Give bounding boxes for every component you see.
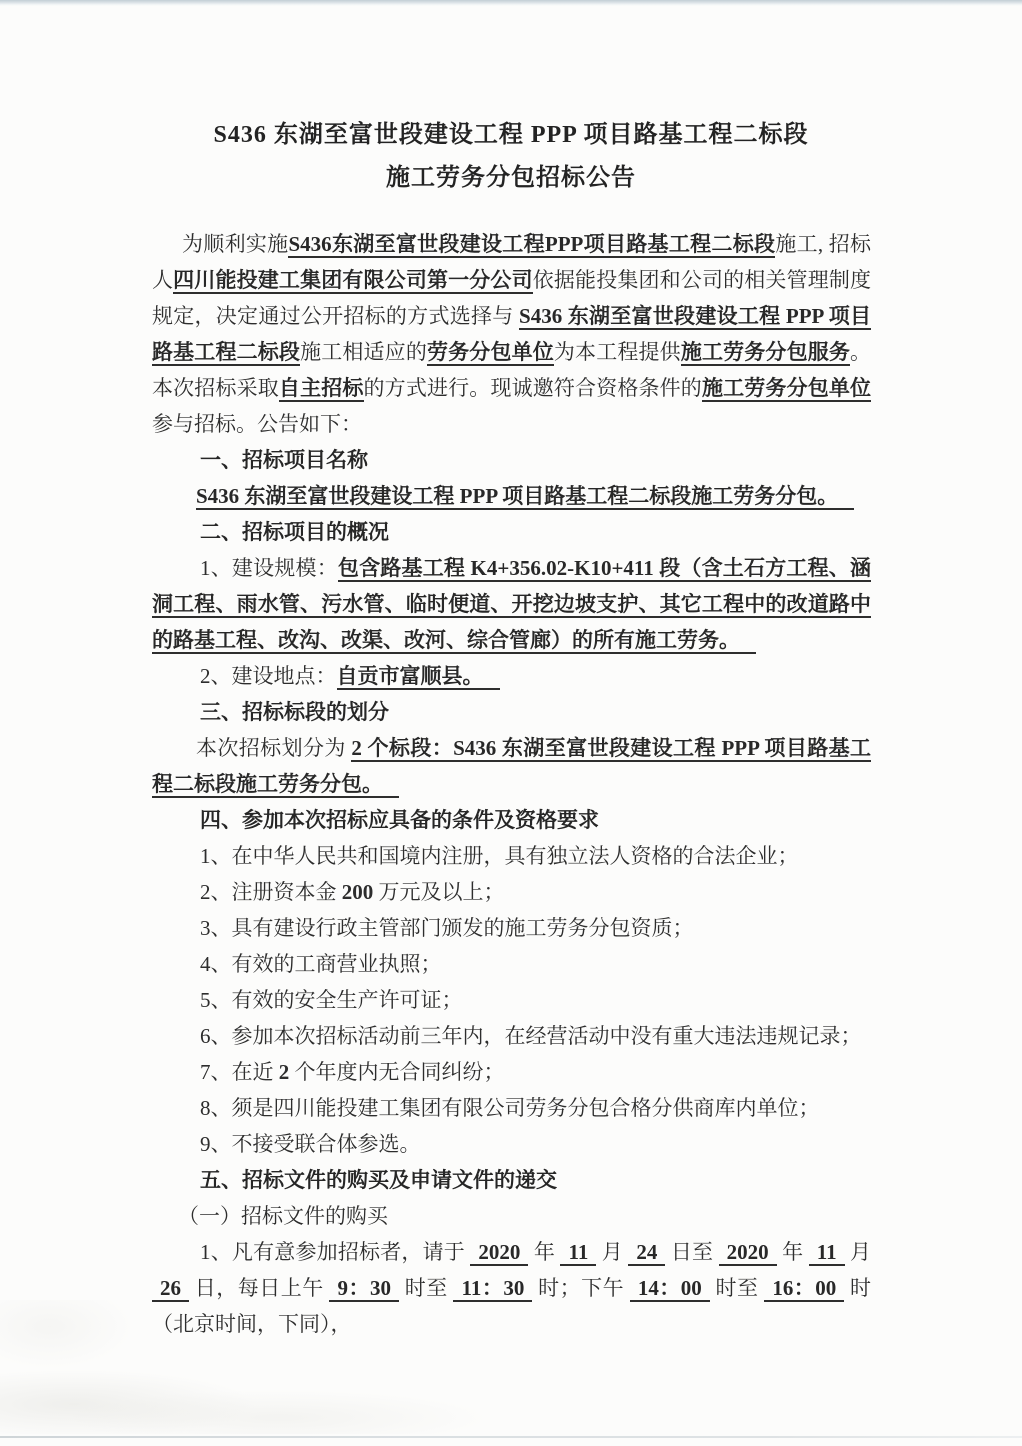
text-run: 参与招标。公告如下：	[152, 412, 362, 436]
afternoon-close-time-blank: 16：00	[764, 1276, 844, 1302]
project-name-emphasis: S436东湖至富世段建设工程PPP项目路基工程二标段	[288, 232, 775, 258]
title-line-2: 施工劳务分包招标公告	[0, 157, 1022, 200]
item-label: 2、建设地点：	[200, 664, 337, 688]
document-title: S436 东湖至富世段建设工程 PPP 项目路基工程二标段 施工劳务分包招标公告	[0, 114, 1022, 200]
tenderer-name-emphasis: 四川能投建工集团有限公司第一分公司	[173, 268, 533, 294]
construction-location-item: 2、建设地点：自贡市富顺县。	[152, 658, 871, 694]
section-2-heading: 二、招标项目的概况	[152, 514, 871, 550]
text-run: 时至	[710, 1276, 765, 1300]
section-4-heading: 四、参加本次招标应具备的条件及资格要求	[152, 802, 871, 838]
project-full-name: S436 东湖至富世段建设工程 PPP 项目路基工程二标段施工劳务分包。	[196, 484, 854, 510]
years-count: 2	[279, 1060, 290, 1084]
section-1-body: S436 东湖至富世段建设工程 PPP 项目路基工程二标段施工劳务分包。	[152, 478, 871, 514]
text-run: 时；下午	[532, 1276, 629, 1300]
scan-edge-top	[0, 0, 1022, 6]
text-run: 为本工程提供	[554, 340, 681, 364]
text-run: 万元及以上；	[373, 880, 504, 904]
start-month-blank: 11	[560, 1240, 596, 1266]
end-year-blank: 2020	[719, 1240, 777, 1266]
requirement-item-1: 1、在中华人民共和国境内注册，具有独立法人资格的合法企业；	[152, 838, 871, 874]
requirement-item-6: 6、参加本次招标活动前三年内，在经营活动中没有重大违法违规记录；	[152, 1018, 871, 1054]
labor-subcontractor-emphasis: 劳务分包单位	[427, 340, 554, 366]
text-run: 施工相适应的	[300, 340, 427, 364]
subsection-purchase-heading: （一）招标文件的购买	[152, 1198, 871, 1234]
capital-amount: 200	[342, 880, 374, 904]
labor-subcontractor-emphasis: 施工劳务分包单位	[702, 376, 871, 402]
title-line-1: S436 东湖至富世段建设工程 PPP 项目路基工程二标段	[0, 114, 1022, 157]
text-run: 月	[845, 1240, 871, 1264]
requirement-item-8: 8、须是四川能投建工集团有限公司劳务分包合格分供商库内单位；	[152, 1090, 871, 1126]
end-day-blank: 26	[152, 1276, 189, 1302]
text-run: 年	[777, 1240, 809, 1264]
bid-section-paragraph: 本次招标划分为 2 个标段：S436 东湖至富世段建设工程 PPP 项目路基工程…	[152, 730, 871, 802]
purchase-schedule-paragraph: 1、凡有意参加招标者，请于 2020 年 11 月 24 日至 2020 年 1…	[152, 1234, 871, 1342]
text-run: 7、在近	[200, 1060, 279, 1084]
item-label: 1、建设规模：	[200, 556, 338, 580]
start-day-blank: 24	[628, 1240, 665, 1266]
text-run: 本次招标划分为	[196, 736, 351, 760]
end-month-blank: 11	[809, 1240, 845, 1266]
text-run: 为顺利实施	[182, 232, 288, 256]
text-run: 个年度内无合同纠纷；	[289, 1060, 504, 1084]
text-run: 日，每日上午	[189, 1276, 329, 1300]
service-emphasis: 施工劳务分包服务	[681, 340, 850, 366]
requirement-item-7: 7、在近 2 个年度内无合同纠纷；	[152, 1054, 871, 1090]
requirement-item-4: 4、有效的工商营业执照；	[152, 946, 871, 982]
morning-close-time-blank: 11：30	[453, 1276, 532, 1302]
construction-location-value: 自贡市富顺县。	[337, 664, 500, 690]
self-tender-emphasis: 自主招标	[279, 376, 364, 402]
document-body: 为顺利实施S436东湖至富世段建设工程PPP项目路基工程二标段施工, 招标人四川…	[152, 226, 871, 1342]
text-run: 1、凡有意参加招标者，请于	[200, 1240, 470, 1264]
requirement-item-9: 9、不接受联合体参选。	[152, 1126, 871, 1162]
start-year-blank: 2020	[470, 1240, 528, 1266]
construction-scale-item: 1、建设规模：包含路基工程 K4+356.02-K10+411 段（含土石方工程…	[152, 550, 871, 658]
section-5-heading: 五、招标文件的购买及申请文件的递交	[152, 1162, 871, 1198]
scanned-document-page: S436 东湖至富世段建设工程 PPP 项目路基工程二标段 施工劳务分包招标公告…	[0, 0, 1022, 1446]
requirement-item-2: 2、注册资本金 200 万元及以上；	[152, 874, 871, 910]
morning-open-time-blank: 9：30	[329, 1276, 399, 1302]
section-1-heading: 一、招标项目名称	[152, 442, 871, 478]
text-run: 的方式进行。现诚邀符合资格条件的	[364, 376, 702, 400]
text-run: 2、注册资本金	[200, 880, 342, 904]
text-run: 时至	[399, 1276, 454, 1300]
text-run: 月	[596, 1240, 628, 1264]
requirement-item-3: 3、具有建设行政主管部门颁发的施工劳务分包资质；	[152, 910, 871, 946]
afternoon-open-time-blank: 14：00	[630, 1276, 710, 1302]
text-run: 日至	[665, 1240, 718, 1264]
scan-edge-bottom	[0, 1436, 1022, 1438]
intro-paragraph: 为顺利实施S436东湖至富世段建设工程PPP项目路基工程二标段施工, 招标人四川…	[152, 226, 871, 442]
requirement-item-5: 5、有效的安全生产许可证；	[152, 982, 871, 1018]
section-3-heading: 三、招标标段的划分	[152, 694, 871, 730]
text-run: 年	[528, 1240, 560, 1264]
